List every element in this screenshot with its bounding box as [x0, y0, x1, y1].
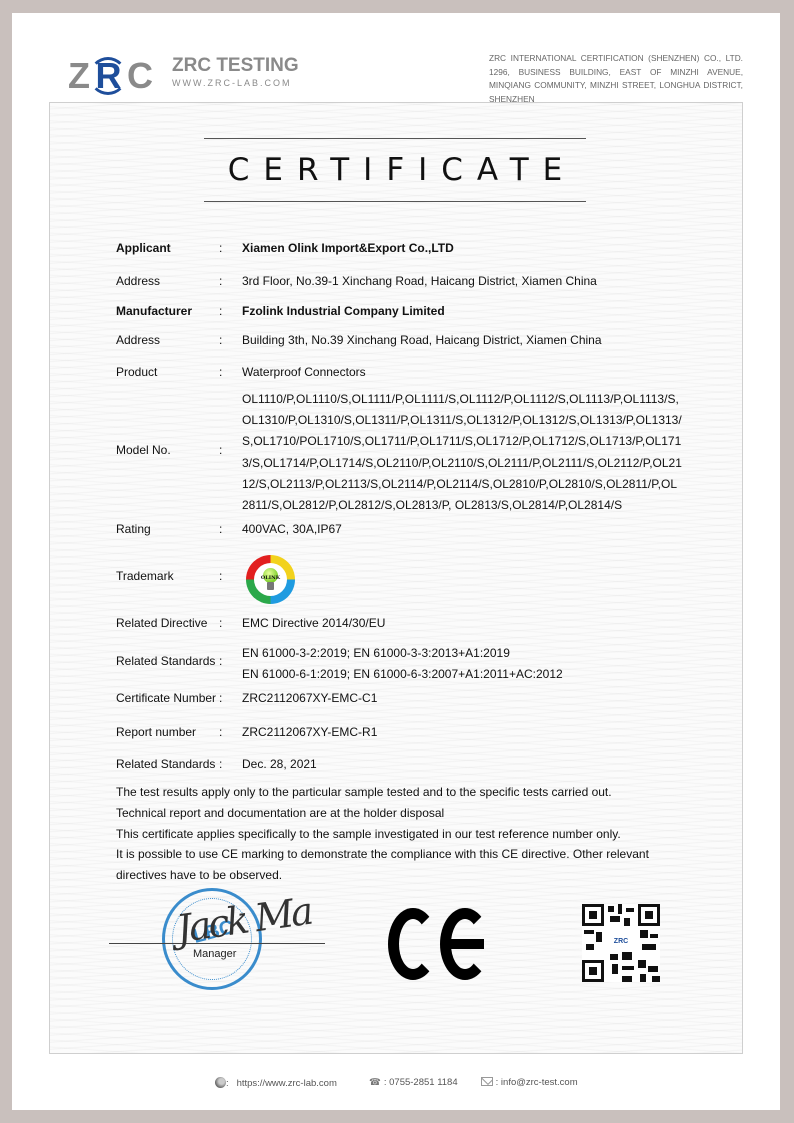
ce-mark-icon	[388, 908, 488, 980]
manufacturer-address-value: Building 3th, No.39 Xinchang Road, Haica…	[242, 333, 602, 347]
title-rule-bottom	[204, 201, 586, 202]
report-number-label: Report number	[116, 725, 196, 739]
colon: :	[219, 304, 222, 318]
colon: :	[219, 725, 222, 739]
statement-line: It is possible to use CE marking to demo…	[116, 844, 676, 886]
statement-line: This certificate applies specifically to…	[116, 824, 676, 845]
applicant-value: Xiamen Olink Import&Export Co.,LTD	[242, 241, 454, 255]
logo-letter-r: R	[91, 55, 127, 97]
certificate-statement: The test results apply only to the parti…	[116, 782, 676, 886]
model-label: Model No.	[116, 443, 171, 457]
separator: :	[496, 1077, 499, 1088]
model-numbers: OL1110/P,OL1110/S,OL1111/P,OL1111/S,OL11…	[242, 389, 682, 516]
zrc-logo-mark: ZRC	[68, 55, 154, 97]
manufacturer-address-label: Address	[116, 333, 160, 347]
company-address: ZRC INTERNATIONAL CERTIFICATION (SHENZHE…	[489, 52, 743, 106]
olink-trademark-logo: OLINK	[246, 555, 295, 604]
applicant-address-label: Address	[116, 274, 160, 288]
applicant-address-value: 3rd Floor, No.39-1 Xinchang Road, Haican…	[242, 274, 597, 288]
brand-name: ZRC TESTING	[172, 55, 299, 77]
footer-website[interactable]: : https://www.zrc-lab.com	[215, 1077, 337, 1089]
footer-email[interactable]: : info@zrc-test.com	[481, 1077, 578, 1088]
colon: :	[219, 654, 222, 668]
signatory-role: Manager	[193, 948, 236, 960]
colon: :	[219, 443, 222, 457]
colon: :	[219, 241, 222, 255]
standards-line: EN 61000-6-1:2019; EN 61000-6-3:2007+A1:…	[242, 664, 563, 685]
colon: :	[219, 757, 222, 771]
trademark-label: Trademark	[116, 569, 174, 583]
footer-phone: ☎: 0755-2851 1184	[369, 1077, 458, 1088]
globe-icon	[215, 1077, 226, 1088]
certificate-title: CERTIFICATE	[204, 152, 586, 188]
qr-code[interactable]: ZRC	[582, 904, 660, 982]
email-link[interactable]: info@zrc-test.com	[501, 1077, 578, 1088]
certificate-number-value: ZRC2112067XY-EMC-C1	[242, 691, 377, 705]
rating-value: 400VAC, 30A,IP67	[242, 522, 342, 536]
rating-label: Rating	[116, 522, 151, 536]
logo-letter-c: C	[127, 55, 154, 96]
colon: :	[219, 691, 222, 705]
colon: :	[219, 569, 222, 583]
date-label: Related Standards	[116, 757, 215, 771]
date-value: Dec. 28, 2021	[242, 757, 317, 771]
directive-value: EMC Directive 2014/30/EU	[242, 616, 385, 630]
standards-line: EN 61000-3-2:2019; EN 61000-3-3:2013+A1:…	[242, 643, 563, 664]
report-number-value: ZRC2112067XY-EMC-R1	[242, 725, 377, 739]
brand-url: WWW.ZRC-LAB.COM	[172, 78, 292, 88]
phone-icon: ☎	[369, 1077, 381, 1088]
standards-values: EN 61000-3-2:2019; EN 61000-3-3:2013+A1:…	[242, 643, 563, 685]
logo-letter-z: Z	[68, 55, 91, 96]
statement-line: Technical report and documentation are a…	[116, 803, 676, 824]
manufacturer-value: Fzolink Industrial Company Limited	[242, 304, 445, 318]
mail-icon	[481, 1077, 493, 1086]
product-value: Waterproof Connectors	[242, 365, 366, 379]
directive-label: Related Directive	[116, 616, 207, 630]
manufacturer-label: Manufacturer	[116, 304, 192, 318]
separator: :	[384, 1077, 387, 1088]
applicant-label: Applicant	[116, 241, 171, 255]
zrc-logo: ZRC ZRC TESTING WWW.ZRC-LAB.COM	[68, 51, 298, 91]
product-label: Product	[116, 365, 157, 379]
colon: :	[219, 616, 222, 630]
standards-label: Related Standards	[116, 654, 215, 668]
colon: :	[219, 274, 222, 288]
colon: :	[219, 522, 222, 536]
colon: :	[219, 365, 222, 379]
title-rule-top	[204, 138, 586, 139]
colon: :	[219, 333, 222, 347]
certificate-number-label: Certificate Number	[116, 691, 216, 705]
phone-number: 0755-2851 1184	[389, 1077, 458, 1088]
qr-zrc-logo: ZRC	[609, 936, 633, 948]
website-link[interactable]: https://www.zrc-lab.com	[237, 1078, 337, 1089]
separator: :	[226, 1078, 229, 1089]
statement-line: The test results apply only to the parti…	[116, 782, 676, 803]
trademark-text: OLINK	[257, 575, 284, 581]
